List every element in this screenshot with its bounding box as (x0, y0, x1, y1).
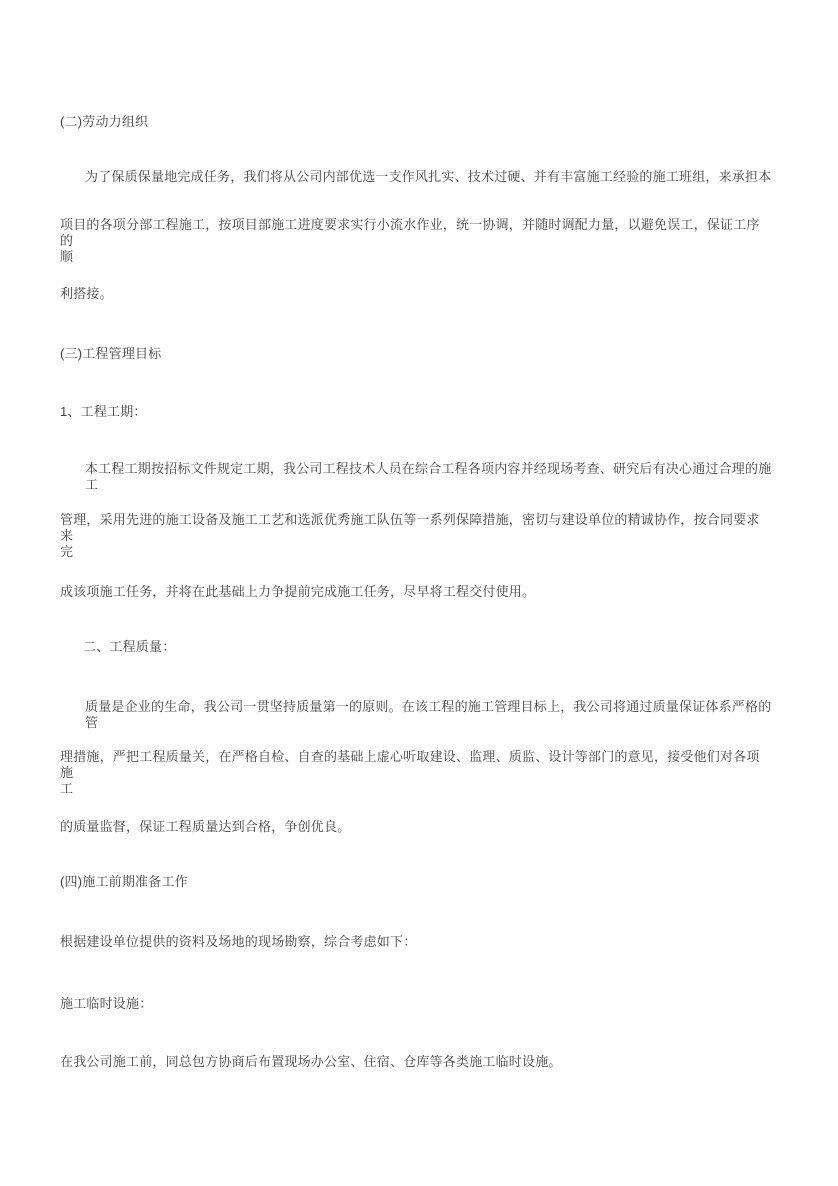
paragraph-line: 理措施，严把工程质量关，在严格自检、自查的基础上虚心听取建设、监理、质监、设计等… (60, 749, 772, 797)
section-heading-pre-construction-preparation: (四)施工前期准备工作 (60, 874, 772, 890)
subsection-heading-temporary-facilities: 施工临时设施： (60, 996, 772, 1012)
paragraph-line: 的质量监督，保证工程质量达到合格，争创优良。 (60, 819, 772, 835)
paragraph-line: 管理，采用先进的施工设备及施工工艺和选派优秀施工队伍等一系列保障措施，密切与建设… (60, 512, 772, 560)
subsection-heading-project-duration: 1、工程工期： (60, 404, 772, 420)
paragraph-line: 在我公司施工前，同总包方协商后布置现场办公室、住宿、仓库等各类施工临时设施。 (60, 1054, 772, 1070)
document-page: (二)劳动力组织 为了保质保量地完成任务，我们将从公司内部优选一支作风扎实、技术… (0, 0, 838, 1186)
section-heading-project-management-goals: (三)工程管理目标 (60, 346, 772, 362)
paragraph-line: 本工程工期按招标文件规定工期，我公司工程技术人员在综合工程各项内容并经现场考查、… (85, 461, 775, 493)
paragraph-line: 成该项施工任务，并将在此基础上力争提前完成施工任务，尽早将工程交付使用。 (60, 584, 772, 600)
paragraph-line: 利搭接。 (60, 286, 772, 302)
paragraph-line: 质量是企业的生命，我公司一贯坚持质量第一的原则。在该工程的施工管理目标上，我公司… (85, 699, 775, 731)
paragraph-line: 根据建设单位提供的资料及场地的现场勘察，综合考虑如下： (60, 934, 772, 950)
paragraph-line: 为了保质保量地完成任务，我们将从公司内部优选一支作风扎实、技术过硬、并有丰富施工… (85, 169, 775, 185)
paragraph-line: 项目的各项分部工程施工，按项目部施工进度要求实行小流水作业，统一协调，并随时调配… (60, 217, 772, 265)
section-heading-labor-organization: (二)劳动力组织 (60, 114, 772, 130)
subsection-heading-project-quality: 二、工程质量： (83, 639, 795, 655)
